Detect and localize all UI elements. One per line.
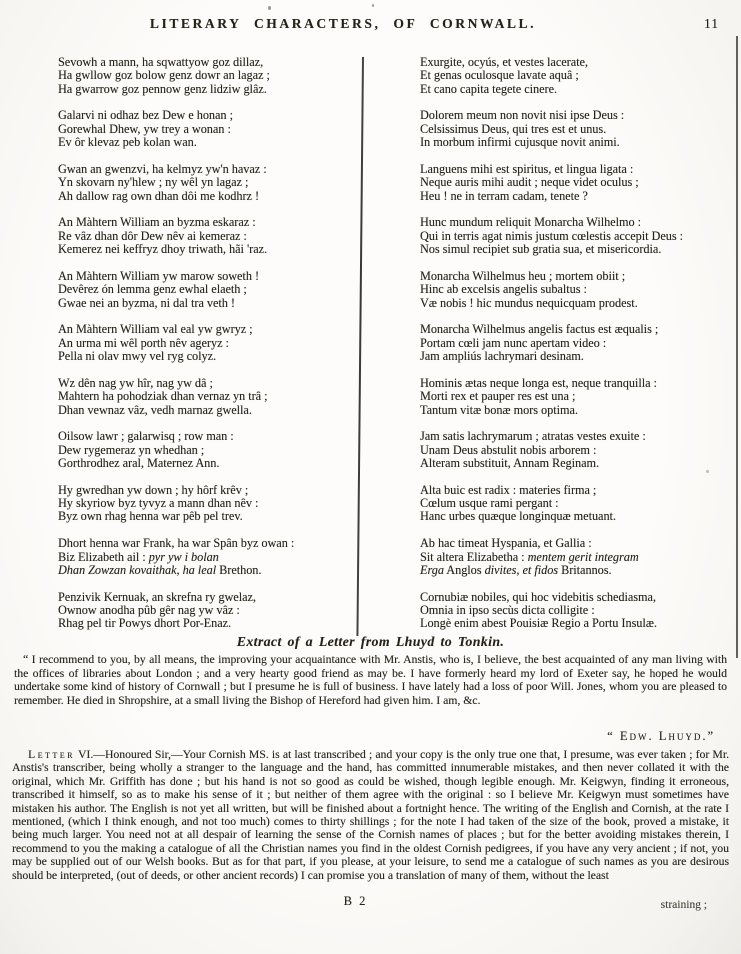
verse-stanza: Wz dên nag yw hîr, nag yw dâ ;Mahtern ha… — [58, 377, 358, 417]
verse-stanza: Cornubiæ nobiles, qui hoc videbitis sche… — [420, 591, 720, 631]
verse-line: Alteram substituit, Annam Reginam. — [420, 457, 720, 470]
verse-line: An Màhtern William an byzma eskaraz : — [58, 216, 358, 229]
verse-line: Rhag pel tir Powys dhort Por-Enaz. — [58, 617, 358, 630]
verse-line: Re vâz dhan dôr Dew nêv ai kemeraz : — [58, 230, 358, 243]
verse-stanza: Jam satis lachrymarum ; atratas vestes e… — [420, 430, 720, 470]
verse-line: Hy skyriow byz tyvyz a mann dhan nêv : — [58, 497, 358, 510]
extract-signature: “ Edw. Lhuyd.” — [607, 729, 715, 744]
verse-line: Hanc urbes quæque longinquæ metuant. — [420, 510, 720, 523]
verse-line: Et genas oculosque lavate aquâ ; — [420, 69, 720, 82]
verse-line: Wz dên nag yw hîr, nag yw dâ ; — [58, 377, 358, 390]
verse-line: Mahtern ha pohodziak dhan vernaz yn trâ … — [58, 390, 358, 403]
verse-stanza: Dolorem meum non novit nisi ipse Deus :C… — [420, 109, 720, 149]
verse-line: Dhan Zowzan kovaithak, ha leal Brethon. — [58, 564, 358, 577]
verse-line: Omnia in ipso secùs dicta colligite : — [420, 604, 720, 617]
verse-stanza: An Màhtern William an byzma eskaraz :Re … — [58, 216, 358, 256]
verse-line: Dhan vewnaz vâz, vedh marnaz gwella. — [58, 404, 358, 417]
verse-line: Devêrez ón lemma genz ewhal elaeth ; — [58, 283, 358, 296]
verse-line: Qui in terris agat nimis justum cœlestis… — [420, 230, 720, 243]
verse-stanza: Ab hac timeat Hyspania, et Gallia :Sit a… — [420, 537, 720, 577]
verse-line: Hy gwredhan yw down ; hy hôrf krêv ; — [58, 484, 358, 497]
verse-line: Monarcha Wilhelmus heu ; mortem obiit ; — [420, 270, 720, 283]
verse-line: Heu ! ne in terram cadam, tenete ? — [420, 190, 720, 203]
verse-line: An urma mi wêl porth nêv ageryz : — [58, 337, 358, 350]
book-page-scan: LITERARY CHARACTERS, OF CORNWALL. 11 Sev… — [0, 0, 741, 954]
verse-line: Byz own rhag henna war pêb pel trev. — [58, 510, 358, 523]
verse-line: Gorthrodhez aral, Maternez Ann. — [58, 457, 358, 470]
verse-stanza: An Màhtern William val eal yw gwryz ;An … — [58, 323, 358, 363]
scan-speck — [706, 470, 709, 473]
verse-stanza: Penzivik Kernuak, an skrefna ry gwelaz,O… — [58, 591, 358, 631]
verse-line: Oilsow lawr ; galarwisq ; row man : — [58, 430, 358, 443]
verse-line: Kemerez nei keffryz dhoy triwath, hãi 'r… — [58, 243, 358, 256]
verse-stanza: Alta buic est radix : materies firma ;Cœ… — [420, 484, 720, 524]
extract-heading: Extract of a Letter from Lhuyd to Tonkin… — [0, 634, 741, 650]
verse-line: Languens mihi est spiritus, et lingua li… — [420, 163, 720, 176]
verse-line: Tantum vitæ bonæ mors optima. — [420, 404, 720, 417]
verse-line: Pella ni olav mwy vel ryg colyz. — [58, 350, 358, 363]
verse-stanza: Dhort henna war Frank, ha war Spân byz o… — [58, 537, 358, 577]
verse-line: Nos simul recipiet sub gratia sua, et mi… — [420, 243, 720, 256]
verse-stanza: Hunc mundum reliquit Monarcha Wilhelmo :… — [420, 216, 720, 256]
verse-line: Alta buic est radix : materies firma ; — [420, 484, 720, 497]
verse-columns: Sevowh a mann, ha sqwattyow goz dillaz,H… — [0, 56, 741, 644]
verse-stanza: Monarcha Wilhelmus heu ; mortem obiit ;H… — [420, 270, 720, 310]
verse-line: Ha gwarrow goz pennow genz lidziw glâz. — [58, 83, 358, 96]
verse-line: Et cano capita tegete cinere. — [420, 83, 720, 96]
verse-stanza: Exurgite, ocyús, et vestes lacerate,Et g… — [420, 56, 720, 96]
scan-edge-artifact — [736, 36, 738, 658]
verse-stanza: An Màhtern William yw marow soweth !Devê… — [58, 270, 358, 310]
verse-line: Hunc mundum reliquit Monarcha Wilhelmo : — [420, 216, 720, 229]
verse-line: Celsissimus Deus, qui tres est et unus. — [420, 123, 720, 136]
verse-line: Unam Deus abstulit nobis arborem : — [420, 444, 720, 457]
verse-line: Yn skovarn ny'hlew ; ny wêl yn lagaz ; — [58, 176, 358, 189]
catchword: straining ; — [661, 899, 707, 911]
verse-line: Longè enim abest Pouisiæ Regio a Portu I… — [420, 617, 720, 630]
verse-column-left: Sevowh a mann, ha sqwattyow goz dillaz,H… — [58, 56, 358, 644]
verse-line: Ev ôr klevaz peb kolan wan. — [58, 136, 358, 149]
verse-line: Dhort henna war Frank, ha war Spân byz o… — [58, 537, 358, 550]
verse-line: In morbum infirmi cujusque novit animi. — [420, 136, 720, 149]
verse-line: Ownow anodha pûb gêr nag yw vâz : — [58, 604, 358, 617]
scan-speck — [268, 6, 271, 10]
verse-line: Gorewhal Dhew, yw trey a wonan : — [58, 123, 358, 136]
verse-line: Sit altera Elizabetha : mentem gerit int… — [420, 551, 720, 564]
printer-signature-mark: B 2 — [0, 894, 711, 909]
verse-line: Neque auris mihi audit ; neque videt ocu… — [420, 176, 720, 189]
verse-line: Erga Anglos divites, et fidos Britannos. — [420, 564, 720, 577]
verse-line: Ab hac timeat Hyspania, et Gallia : — [420, 537, 720, 550]
letter-vi-body: VI.—Honoured Sir,—Your Cornish MS. is at… — [12, 748, 729, 882]
running-title: LITERARY CHARACTERS, OF CORNWALL. — [0, 16, 741, 32]
verse-line: An Màhtern William yw marow soweth ! — [58, 270, 358, 283]
verse-line: Monarcha Wilhelmus angelis factus est æq… — [420, 323, 720, 336]
verse-stanza: Oilsow lawr ; galarwisq ; row man :Dew r… — [58, 430, 358, 470]
verse-line: Dew rygemeraz yn whedhan ; — [58, 444, 358, 457]
verse-line: Morti rex et pauper res est una ; — [420, 390, 720, 403]
verse-line: Gwae nei an byzma, ni dal tra veth ! — [58, 297, 358, 310]
extract-paragraph: “ I recommend to you, by all means, the … — [14, 653, 727, 707]
verse-stanza: Gwan an gwenzvi, ha kelmyz yw'n havaz :Y… — [58, 163, 358, 203]
verse-line: Jam ampliús lachrymari desinam. — [420, 350, 720, 363]
verse-stanza: Hy gwredhan yw down ; hy hôrf krêv ;Hy s… — [58, 484, 358, 524]
letter-vi-lead: Letter — [28, 748, 75, 761]
verse-line: Væ nobis ! hic mundus nequicquam prodest… — [420, 297, 720, 310]
verse-stanza: Monarcha Wilhelmus angelis factus est æq… — [420, 323, 720, 363]
verse-line: Galarvi ni odhaz bez Dew e honan ; — [58, 109, 358, 122]
verse-line: An Màhtern William val eal yw gwryz ; — [58, 323, 358, 336]
page-header: LITERARY CHARACTERS, OF CORNWALL. 11 — [0, 16, 741, 32]
verse-stanza: Galarvi ni odhaz bez Dew e honan ;Gorewh… — [58, 109, 358, 149]
verse-line: Sevowh a mann, ha sqwattyow goz dillaz, — [58, 56, 358, 69]
verse-line: Exurgite, ocyús, et vestes lacerate, — [420, 56, 720, 69]
verse-line: Hinc ab excelsis angelis subaltus : — [420, 283, 720, 296]
verse-line: Portam cœli jam nunc apertam video : — [420, 337, 720, 350]
verse-line: Ah dallow rag own dhan dôi me kodhrz ! — [58, 190, 358, 203]
verse-line: Jam satis lachrymarum ; atratas vestes e… — [420, 430, 720, 443]
verse-stanza: Hominis ætas neque longa est, neque tran… — [420, 377, 720, 417]
verse-line: Hominis ætas neque longa est, neque tran… — [420, 377, 720, 390]
verse-line: Penzivik Kernuak, an skrefna ry gwelaz, — [58, 591, 358, 604]
letter-vi-paragraph: Letter VI.—Honoured Sir,—Your Cornish MS… — [12, 748, 729, 882]
page-number: 11 — [704, 16, 719, 32]
verse-stanza: Languens mihi est spiritus, et lingua li… — [420, 163, 720, 203]
verse-column-right: Exurgite, ocyús, et vestes lacerate,Et g… — [420, 56, 720, 644]
scan-speck — [372, 4, 374, 7]
verse-line: Cornubiæ nobiles, qui hoc videbitis sche… — [420, 591, 720, 604]
verse-stanza: Sevowh a mann, ha sqwattyow goz dillaz,H… — [58, 56, 358, 96]
verse-line: Gwan an gwenzvi, ha kelmyz yw'n havaz : — [58, 163, 358, 176]
verse-line: Biz Elizabeth ail : pyr yw i bolan — [58, 551, 358, 564]
verse-line: Ha gwllow goz bolow genz dowr an lagaz ; — [58, 69, 358, 82]
verse-line: Cœlum usque rami pergant : — [420, 497, 720, 510]
verse-line: Dolorem meum non novit nisi ipse Deus : — [420, 109, 720, 122]
